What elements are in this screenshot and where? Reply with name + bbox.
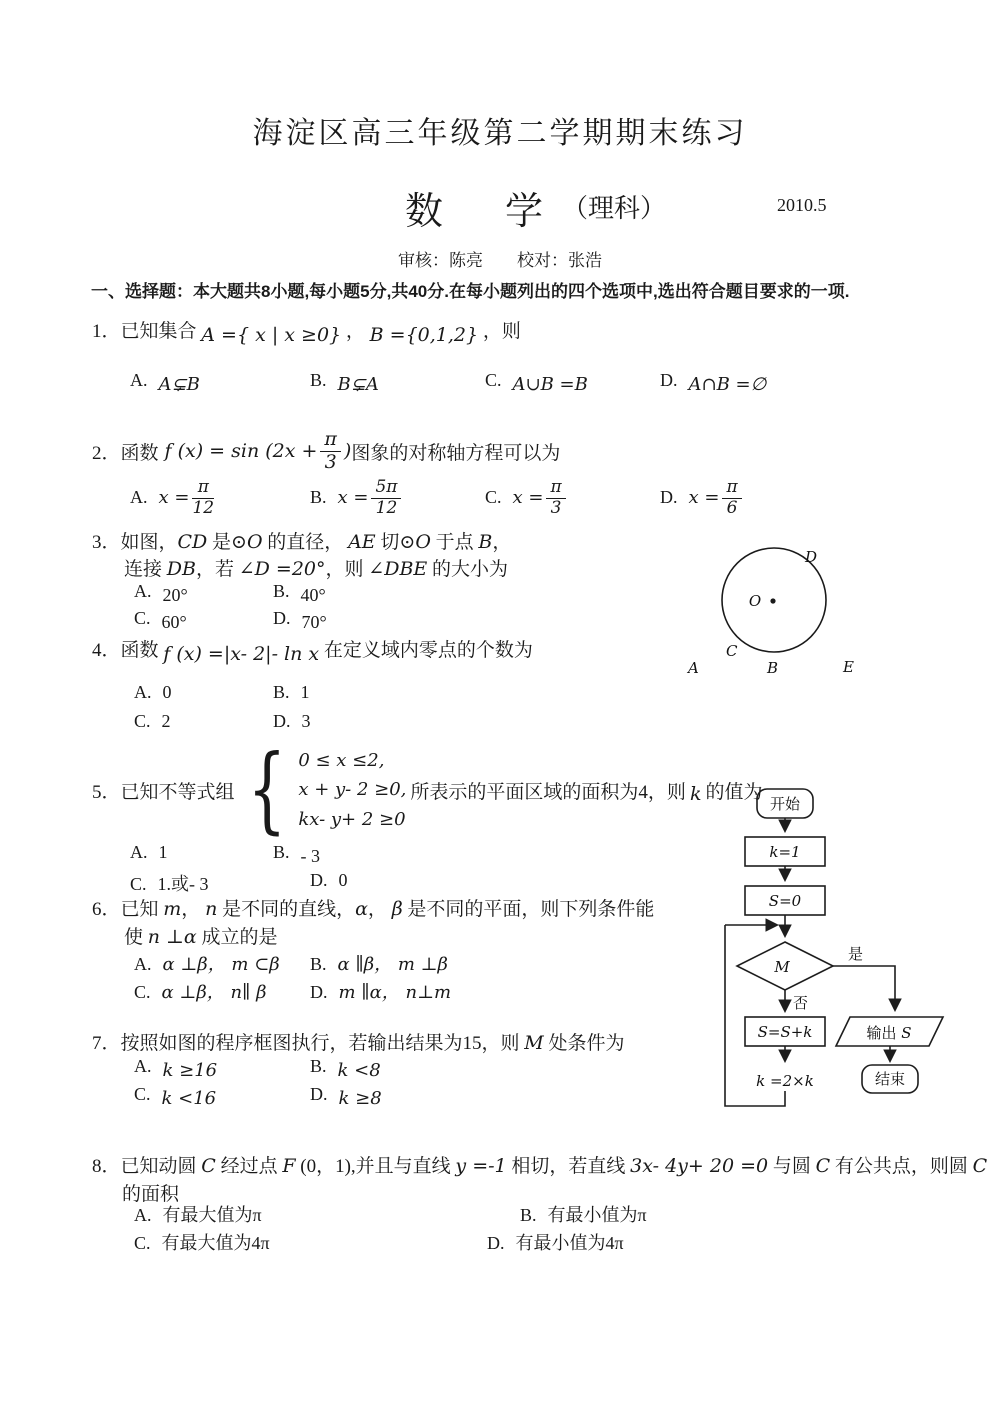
option-label: A. — [134, 1056, 152, 1076]
q8-var: C — [816, 1155, 831, 1177]
question-2-stem: 2．函数 f (x) = sin (2x + π3 ) 图象的对称轴方程可以为 — [92, 428, 560, 474]
q4-option-d: D.3 — [273, 711, 311, 732]
option-label: C. — [134, 982, 151, 1002]
q5-option-c: C.1.或- 3 — [130, 870, 209, 896]
option-label: B. — [520, 1205, 537, 1225]
option-label: C. — [134, 608, 151, 628]
inequality-2: x + y- 2 ≥0, — [298, 775, 406, 804]
q8-formula: 3x- 4y+ 20 =0 — [630, 1155, 768, 1177]
init-s-label: S=0 — [769, 892, 802, 910]
option-value: α ⊥β， n∥ β — [162, 982, 267, 1003]
question-2-options: A.x =π12 B.x =5π12 C.x =π3 D.x =π6 — [92, 478, 952, 526]
option-label: B. — [273, 581, 290, 601]
option-value: A∪B =B — [513, 374, 588, 395]
q5-option-d: D.0 — [310, 870, 348, 891]
option-value: 2 — [162, 711, 171, 731]
option-value: α ⊥β， m ⊂β — [163, 954, 280, 975]
q8-var: F — [282, 1155, 295, 1177]
q5-option-a: A.1 — [130, 842, 168, 863]
q8-text: 有公共点，则圆 — [830, 1156, 973, 1177]
q4-option-a: A.0 — [134, 682, 172, 703]
inequality-system: 0 ≤ x ≤2, x + y- 2 ≥0, kx- y+ 2 ≥0 — [298, 746, 406, 833]
q8-option-d: D.有最小值为4π — [487, 1229, 624, 1255]
fraction-denominator: 12 — [371, 499, 401, 518]
q2-option-d: D.x =π6 — [660, 478, 745, 517]
option-label: D. — [487, 1233, 505, 1253]
q3-option-d: D.70° — [273, 608, 327, 629]
q8-var: C — [201, 1155, 216, 1177]
q3-var: AE — [348, 531, 376, 553]
q6-text-end: 成立的是 — [197, 927, 278, 948]
system-brace: { — [247, 747, 286, 833]
q1-formula-a: A ={ x | x ≥0} — [201, 324, 341, 346]
option-fraction: π6 — [722, 478, 741, 517]
option-value: 70° — [302, 612, 327, 632]
start-label: 开始 — [770, 795, 801, 813]
q3-text: ，则 — [326, 559, 369, 580]
reviewer-line: 审核：陈亮 校对：张浩 — [0, 246, 1000, 271]
option-fraction: 5π12 — [371, 478, 401, 517]
q2-formula: f (x) = sin (2x + — [165, 440, 318, 462]
subject-kind: （理科） — [562, 188, 666, 225]
option-value: 20° — [163, 585, 188, 605]
option-label: D. — [310, 982, 328, 1002]
q8-text: (0，1),并且与直线 — [296, 1156, 456, 1177]
exam-date: 2010.5 — [777, 195, 827, 216]
q1-option-c: C.A∪B =B — [485, 370, 588, 391]
question-3-line-2: 连接 DB，若 ∠D =20°，则 ∠DBE 的大小为 — [124, 554, 508, 581]
q6-var: n — [205, 898, 217, 920]
q3-var: O — [247, 531, 263, 553]
q6-text: 是不同的直线， — [217, 899, 355, 920]
option-value: B⊊A — [338, 374, 379, 395]
q1-option-b: B.B⊊A — [310, 370, 379, 391]
option-label: C. — [134, 1233, 151, 1253]
q7-text: 7．按照如图的程序框图执行，若输出结果为15，则 — [92, 1033, 524, 1054]
no-label: 否 — [793, 994, 808, 1012]
question-8-line-1: 8．已知动圆 C 经过点 F (0，1),并且与直线 y =-1 相切，若直线 … — [92, 1151, 987, 1178]
q6-text: ， — [368, 899, 392, 920]
option-label: D. — [273, 711, 291, 731]
option-value: A⊊B — [159, 374, 200, 395]
option-value: 1 — [159, 842, 168, 862]
fraction-denominator: 3 — [546, 499, 565, 518]
q3-text: 切⊙ — [376, 532, 416, 553]
q6-option-b: B.α ∥β， m ⊥β — [310, 950, 448, 976]
option-label: A. — [134, 954, 152, 974]
option-value: 有最小值为π — [548, 1205, 647, 1225]
option-label: D. — [310, 1084, 328, 1104]
q5-option-b: B.- 3 — [273, 842, 320, 863]
q6-text: 6．已知 — [92, 899, 163, 920]
fraction-denominator: 3 — [320, 452, 341, 473]
q4-option-c: C.2 — [134, 711, 171, 732]
option-label: A. — [134, 1205, 152, 1225]
option-value: k <8 — [338, 1060, 381, 1081]
question-1-options: A.A⊊B B.B⊊A C.A∪B =B D.A∩B =∅ — [92, 370, 952, 406]
option-label: C. — [485, 487, 502, 508]
q3-text: 的直径， — [263, 532, 349, 553]
section-heading: 一、选择题：本大题共8小题,每小题5分,共40分.在每小题列出的四个选项中,选出… — [91, 277, 951, 302]
q8-option-b: B.有最小值为π — [520, 1201, 647, 1227]
q2-option-c: C.x =π3 — [485, 478, 569, 517]
q3-var: O — [415, 531, 431, 553]
q8-option-a: A.有最大值为π — [134, 1201, 262, 1227]
q4-text: 4．函数 — [92, 640, 163, 661]
q3-text: 是⊙ — [207, 532, 247, 553]
option-label: B. — [310, 370, 327, 390]
q1-option-d: D.A∩B =∅ — [660, 370, 766, 391]
label-A: A — [686, 659, 699, 677]
q6-text: ， — [181, 899, 205, 920]
label-B: B — [766, 659, 778, 677]
q4-formula: f (x) =|x- 2|- ln x — [163, 643, 319, 665]
q3-option-c: C.60° — [134, 608, 187, 629]
q4-text-end: 在定义域内零点的个数为 — [324, 640, 533, 661]
q5-text: 5．已知不等式组 — [92, 777, 235, 804]
option-label: B. — [310, 487, 327, 508]
q3-text: 连接 — [124, 559, 167, 580]
q7-option-a: A.k ≥16 — [134, 1056, 217, 1077]
q2-fraction: π3 — [320, 429, 341, 473]
exam-document: { "header": { "title": "海淀区高三年级第二学期期末练习"… — [0, 0, 1000, 1415]
q7-text-end: 处条件为 — [544, 1033, 625, 1054]
center-dot — [770, 598, 775, 603]
question-4-stem: 4．函数 f (x) =|x- 2|- ln x 在定义域内零点的个数为 — [92, 635, 533, 662]
q3-text: 的大小为 — [427, 559, 508, 580]
option-var: x = — [338, 487, 369, 508]
yes-label: 是 — [848, 945, 863, 963]
q2-option-b: B.x =5π12 — [310, 478, 404, 517]
q2-text-end: 图象的对称轴方程可以为 — [351, 438, 560, 465]
q3-text: ，若 — [196, 559, 239, 580]
circle-diagram: D O C A B E — [655, 528, 945, 686]
fraction-numerator: 5π — [371, 478, 401, 499]
q3-text: 3．如图， — [92, 532, 178, 553]
fraction-numerator: π — [546, 478, 565, 499]
option-fraction: π3 — [546, 478, 565, 517]
option-label: D. — [660, 487, 678, 508]
q3-option-a: A.20° — [134, 581, 188, 602]
option-value: 0 — [339, 870, 348, 890]
option-value: 40° — [301, 585, 326, 605]
subject-char-1: 数 — [405, 180, 443, 235]
q4-option-b: B.1 — [273, 682, 310, 703]
option-label: D. — [310, 870, 328, 890]
q6-var: α — [355, 898, 368, 920]
q1-option-a: A.A⊊B — [130, 370, 200, 391]
double-k-label: k =2×k — [756, 1072, 814, 1090]
q7-option-c: C.k <16 — [134, 1084, 216, 1105]
option-label: B. — [310, 954, 327, 974]
question-6-line-2: 使 n ⊥α 成立的是 — [124, 922, 278, 949]
option-var: x = — [689, 487, 720, 508]
label-O: O — [749, 592, 761, 610]
option-label: A. — [130, 842, 148, 862]
program-flowchart: 开始 k=1 S=0 M 是 否 S=S+k k =2×k 输出 S 结束 — [690, 780, 970, 1120]
accumulate-label: S=S+k — [758, 1023, 813, 1041]
subject-line: 数 学 （理科） 2010.5 — [0, 180, 1000, 236]
q6-var: m — [163, 898, 181, 920]
fraction-numerator: π — [722, 478, 741, 499]
label-C: C — [726, 642, 738, 660]
q1-sep: ， — [346, 321, 365, 342]
q3-var: ∠D =20° — [239, 558, 326, 580]
q2-text: 2．函数 — [92, 438, 159, 465]
option-label: B. — [310, 1056, 327, 1076]
decision-label: M — [773, 958, 790, 976]
option-label: A. — [130, 370, 148, 390]
yes-branch-arrow — [833, 966, 895, 1010]
q8-option-c: C.有最大值为4π — [134, 1229, 270, 1255]
q1-text: 1．已知集合 — [92, 321, 197, 342]
label-D: D — [804, 548, 817, 566]
q8-text: 与圆 — [768, 1156, 816, 1177]
q1-formula-b: B ={0,1,2} — [370, 324, 478, 346]
fraction-numerator: π — [192, 478, 214, 499]
q5-text-mid: 所表示的平面区域的面积为4，则 — [410, 777, 686, 804]
option-var: x = — [513, 487, 544, 508]
option-value: 有最小值为4π — [516, 1233, 624, 1253]
inequality-3: kx- y+ 2 ≥0 — [298, 805, 406, 834]
label-E: E — [842, 658, 854, 676]
option-var: x = — [159, 487, 190, 508]
q3-text: ， — [492, 532, 511, 553]
q6-text: 是不同的平面，则下列条件能 — [403, 899, 655, 920]
option-value: k ≥16 — [163, 1060, 218, 1081]
question-5-stem: 5．已知不等式组 { 0 ≤ x ≤2, x + y- 2 ≥0, kx- y+… — [92, 742, 762, 838]
option-value: 1 — [301, 682, 310, 702]
q6-option-d: D.m ∥α， n⊥m — [310, 978, 451, 1004]
option-value: A∩B =∅ — [689, 374, 767, 395]
option-label: B. — [273, 682, 290, 702]
q7-var-M: M — [524, 1032, 543, 1054]
q8-text: 8．已知动圆 — [92, 1156, 201, 1177]
option-label: D. — [660, 370, 678, 390]
question-1-stem: 1．已知集合 A ={ x | x ≥0} ， B ={0,1,2} ，则 — [92, 316, 521, 343]
option-label: A. — [130, 487, 148, 508]
option-label: C. — [134, 711, 151, 731]
option-value: 有最大值为π — [163, 1205, 262, 1225]
q3-option-b: B.40° — [273, 581, 326, 602]
output-label: 输出 S — [866, 1024, 911, 1042]
init-k-label: k=1 — [769, 843, 800, 861]
q3-var: DB — [167, 558, 196, 580]
q7-option-d: D.k ≥8 — [310, 1084, 382, 1105]
q8-var: C — [973, 1155, 988, 1177]
q2-option-a: A.x =π12 — [130, 478, 217, 517]
subject-char-2: 学 — [505, 180, 543, 235]
option-value: k ≥8 — [339, 1088, 382, 1109]
option-value: 3 — [302, 711, 311, 731]
q3-var: ∠DBE — [368, 558, 427, 580]
q3-text: 于点 — [431, 532, 479, 553]
end-label: 结束 — [875, 1070, 905, 1088]
q6-var: β — [392, 898, 403, 920]
q7-option-b: B.k <8 — [310, 1056, 381, 1077]
option-fraction: π12 — [192, 478, 214, 517]
option-value: m ∥α， n⊥m — [339, 982, 452, 1003]
option-value: α ∥β， m ⊥β — [338, 954, 448, 975]
q3-var: B — [478, 531, 492, 553]
option-label: D. — [273, 608, 291, 628]
question-6-line-1: 6．已知 m， n 是不同的直线，α， β 是不同的平面，则下列条件能 — [92, 894, 654, 921]
option-label: A. — [134, 581, 152, 601]
fraction-denominator: 6 — [722, 499, 741, 518]
option-value: 60° — [162, 612, 187, 632]
inequality-1: 0 ≤ x ≤2, — [298, 746, 406, 775]
option-value: 有最大值为4π — [162, 1233, 270, 1253]
fraction-denominator: 12 — [192, 499, 214, 518]
option-value: 1.或- 3 — [158, 874, 209, 894]
q8-text: 经过点 — [216, 1156, 283, 1177]
question-3-line-1: 3．如图，CD 是⊙O 的直径， AE 切⊙O 于点 B， — [92, 527, 511, 554]
option-label: C. — [485, 370, 502, 390]
q6-option-c: C.α ⊥β， n∥ β — [134, 978, 266, 1004]
option-label: C. — [130, 874, 147, 894]
option-label: B. — [273, 842, 290, 862]
q8-text: 相切，若直线 — [507, 1156, 631, 1177]
q6-text: 使 — [124, 927, 148, 948]
q1-text-end: ，则 — [483, 321, 521, 342]
option-value: 0 — [163, 682, 172, 702]
q2-formula-close: ) — [344, 440, 351, 462]
q6-formula: n ⊥α — [148, 926, 197, 948]
option-label: A. — [134, 682, 152, 702]
page-title: 海淀区高三年级第二学期期末练习 — [0, 108, 1000, 152]
q3-var: CD — [178, 531, 208, 553]
option-label: C. — [134, 1084, 151, 1104]
q6-option-a: A.α ⊥β， m ⊂β — [134, 950, 280, 976]
option-value: k <16 — [162, 1088, 217, 1109]
q8-formula: y =-1 — [455, 1155, 506, 1177]
fraction-numerator: π — [320, 429, 341, 452]
question-7-stem: 7．按照如图的程序框图执行，若输出结果为15，则 M 处条件为 — [92, 1028, 625, 1055]
option-value: - 3 — [301, 846, 321, 866]
